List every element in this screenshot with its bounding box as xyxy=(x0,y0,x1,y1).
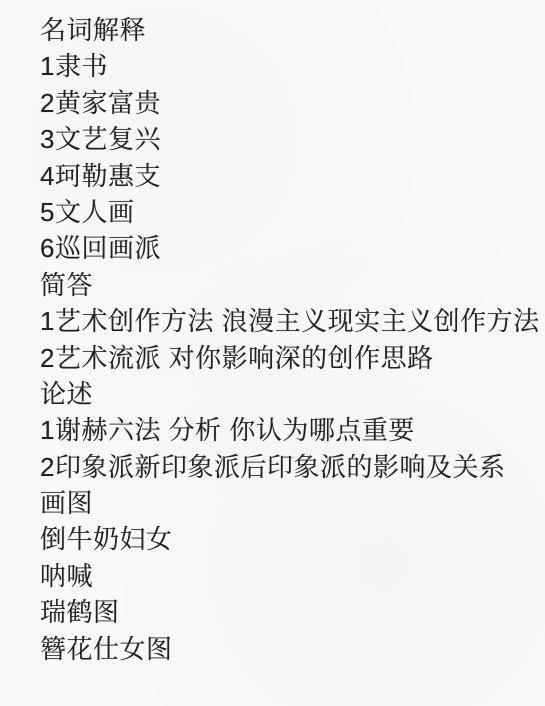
list-item: 1谢赫六法 分析 你认为哪点重要 xyxy=(40,412,535,448)
list-item: 2黄家富贵 xyxy=(40,85,535,121)
section-heading: 名词解释 xyxy=(40,12,535,48)
section-heading: 画图 xyxy=(40,485,535,521)
section-short-answer: 简答 1艺术创作方法 浪漫主义现实主义创作方法 2艺术流派 对你影响深的创作思路 xyxy=(40,267,535,376)
list-item: 呐喊 xyxy=(40,558,535,594)
list-item: 1隶书 xyxy=(40,48,535,84)
exam-notes-photo: 名词解释 1隶书 2黄家富贵 3文艺复兴 4珂勒惠支 5文人画 6巡回画派 简答… xyxy=(0,0,545,706)
list-item: 3文艺复兴 xyxy=(40,121,535,157)
list-item: 瑞鹤图 xyxy=(40,594,535,630)
section-heading: 简答 xyxy=(40,267,535,303)
list-item: 簪花仕女图 xyxy=(40,631,535,667)
list-item: 5文人画 xyxy=(40,194,535,230)
list-item: 6巡回画派 xyxy=(40,230,535,266)
list-item: 2印象派新印象派后印象派的影响及关系 xyxy=(40,449,535,485)
list-item: 2艺术流派 对你影响深的创作思路 xyxy=(40,340,535,376)
list-item: 1艺术创作方法 浪漫主义现实主义创作方法 xyxy=(40,303,535,339)
list-item: 4珂勒惠支 xyxy=(40,158,535,194)
section-heading: 论述 xyxy=(40,376,535,412)
section-essay: 论述 1谢赫六法 分析 你认为哪点重要 2印象派新印象派后印象派的影响及关系 xyxy=(40,376,535,485)
section-term-explanations: 名词解释 1隶书 2黄家富贵 3文艺复兴 4珂勒惠支 5文人画 6巡回画派 xyxy=(40,12,535,267)
list-item: 倒牛奶妇女 xyxy=(40,521,535,557)
section-drawing: 画图 倒牛奶妇女 呐喊 瑞鹤图 簪花仕女图 xyxy=(40,485,535,667)
